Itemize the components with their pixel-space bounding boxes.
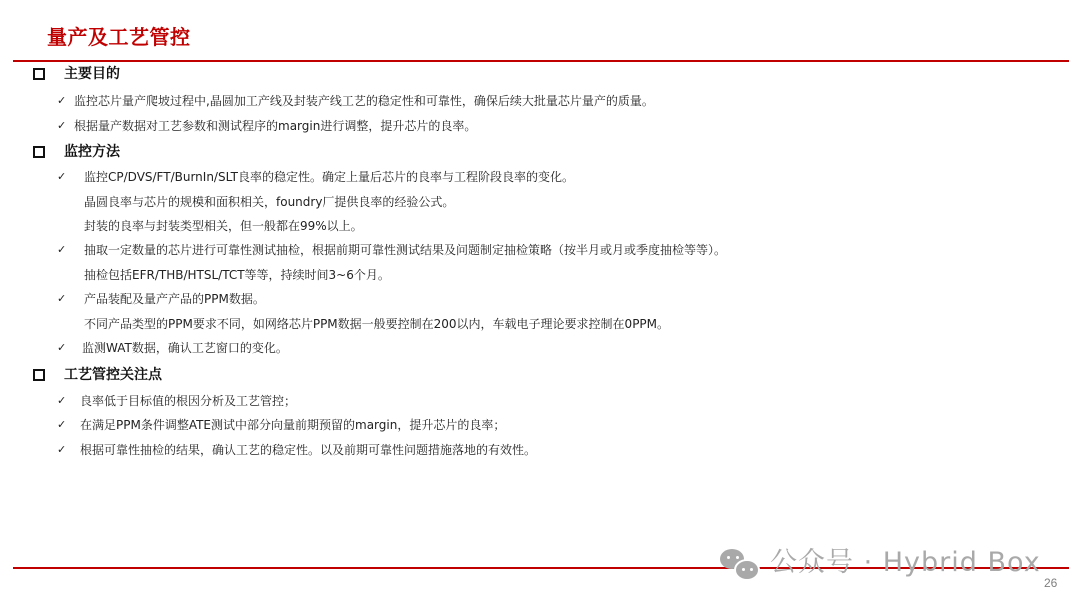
checkmark-icon: ✓ xyxy=(57,117,66,135)
watermark: 公众号 · Hybrid Box xyxy=(718,543,1041,583)
section-heading-methods: 监控方法 xyxy=(33,142,120,162)
section-heading-purpose: 主要目的 xyxy=(33,64,120,84)
list-item-detail: 晶圆良率与芯片的规模和面积相关，foundry厂提供良率的经验公式。 xyxy=(84,193,454,211)
checkmark-icon: ✓ xyxy=(57,416,66,434)
checkmark-icon: ✓ xyxy=(57,241,66,259)
wechat-icon xyxy=(718,545,760,581)
slide-title: 量产及工艺管控 xyxy=(47,24,191,50)
list-item: 抽取一定数量的芯片进行可靠性测试抽检，根据前期可靠性测试结果及问题制定抽检策略（… xyxy=(84,241,726,259)
list-item: 监测WAT数据，确认工艺窗口的变化。 xyxy=(82,339,288,357)
list-item: 监控CP/DVS/FT/BurnIn/SLT良率的稳定性。确定上量后芯片的良率与… xyxy=(84,168,574,186)
checkmark-icon: ✓ xyxy=(57,339,66,357)
list-item-detail: 不同产品类型的PPM要求不同，如网络芯片PPM数据一般要控制在200以内，车载电… xyxy=(84,315,669,333)
page-number: 26 xyxy=(1044,576,1057,590)
title-divider xyxy=(13,60,1069,62)
square-bullet-icon xyxy=(33,68,45,80)
list-item: 在满足PPM条件调整ATE测试中部分向量前期预留的margin，提升芯片的良率； xyxy=(80,416,505,434)
list-item: 根据可靠性抽检的结果，确认工艺的稳定性。以及前期可靠性问题措施落地的有效性。 xyxy=(80,441,536,459)
section-heading-text: 监控方法 xyxy=(64,142,120,162)
square-bullet-icon xyxy=(33,369,45,381)
watermark-text: 公众号 · Hybrid Box xyxy=(770,543,1041,583)
list-item: 产品装配及量产产品的PPM数据。 xyxy=(84,290,265,308)
list-item-detail: 抽检包括EFR/THB/HTSL/TCT等等，持续时间3~6个月。 xyxy=(84,266,390,284)
list-item-detail: 封装的良率与封装类型相关，但一般都在99%以上。 xyxy=(84,217,363,235)
square-bullet-icon xyxy=(33,146,45,158)
section-heading-text: 主要目的 xyxy=(64,64,120,84)
list-item: 根据量产数据对工艺参数和测试程序的margin进行调整，提升芯片的良率。 xyxy=(74,117,476,135)
checkmark-icon: ✓ xyxy=(57,392,66,410)
checkmark-icon: ✓ xyxy=(57,441,66,459)
section-heading-focus-points: 工艺管控关注点 xyxy=(33,365,162,385)
checkmark-icon: ✓ xyxy=(57,168,66,186)
section-heading-text: 工艺管控关注点 xyxy=(64,365,162,385)
list-item: 良率低于目标值的根因分析及工艺管控； xyxy=(80,392,296,410)
checkmark-icon: ✓ xyxy=(57,92,66,110)
list-item: 监控芯片量产爬坡过程中,晶圆加工产线及封装产线工艺的稳定性和可靠性，确保后续大批… xyxy=(74,92,654,110)
checkmark-icon: ✓ xyxy=(57,290,66,308)
